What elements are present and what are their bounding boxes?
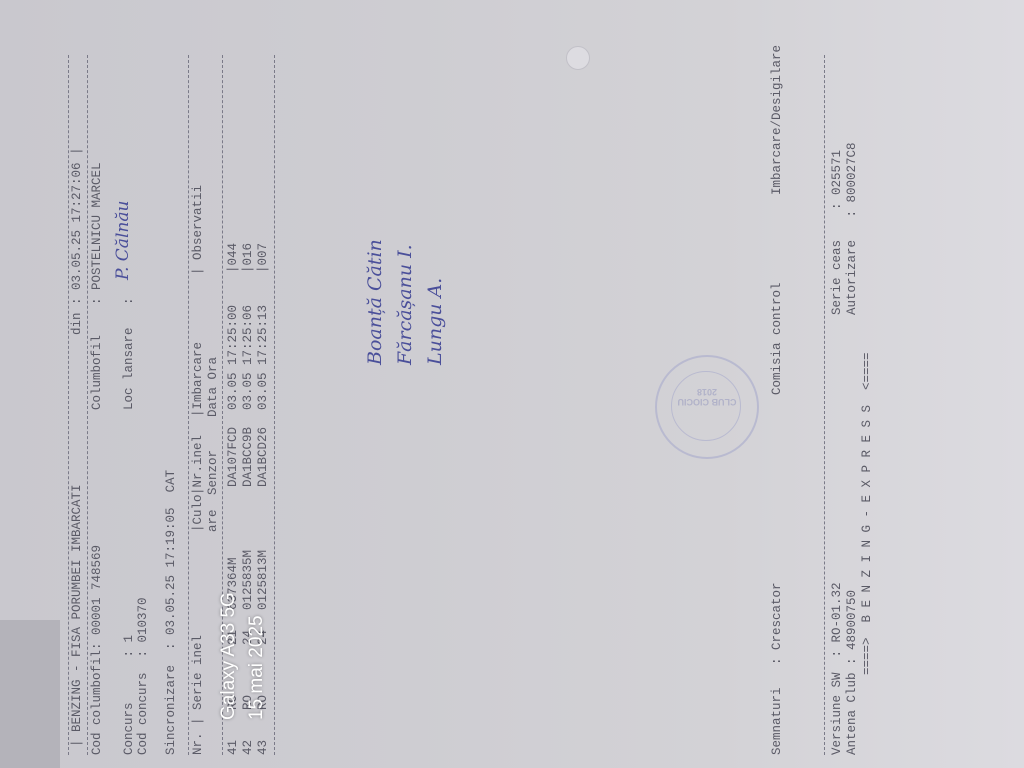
divider <box>68 55 69 755</box>
camera-watermark: Galaxy A33 5G 15 mai 2025 <box>215 592 271 720</box>
doc-date: din : 03.05.25 17:27:06 | <box>70 147 85 335</box>
col-imbarcare: |Imbarcare Data Ora <box>191 322 221 417</box>
cod-columbofil: Cod columbofil: 00001 748569 <box>90 545 105 755</box>
serie-ceas: Serie ceas : 025571 <box>830 150 845 315</box>
col-senzor: |Nr.inel Senzor <box>191 425 221 495</box>
stamp-text: CLUB CIOCIU 2018 <box>677 387 737 407</box>
row-boarding-time: 03.05 17:25:06 <box>241 305 256 410</box>
watermark-date: 15 mai 2025 <box>243 592 271 720</box>
row-sensor: DA1BCD26 <box>256 427 271 487</box>
row-observation: |044 <box>226 243 241 273</box>
loc-lansare: Loc lansare : <box>122 290 137 410</box>
row-observation: |007 <box>256 243 271 273</box>
signatures-label: Semnaturi : Crescator <box>770 582 785 755</box>
watermark-device: Galaxy A33 5G <box>215 592 243 720</box>
paper-edge <box>0 620 60 768</box>
col-observatii: | Observatii <box>191 185 206 275</box>
autorizare: Autorizare : 800027C8 <box>845 142 860 315</box>
col-culoare: |Culo are <box>191 492 221 532</box>
row-sensor: DA1BCC9B <box>241 427 256 487</box>
table-bottom-border <box>274 55 275 755</box>
signature-imbarcare: Imbarcare/Desigilare <box>770 45 785 195</box>
antena-club: Antena Club : 48900750 <box>845 590 860 755</box>
brand-line: ====> B E N Z I N G - E X P R E S S <===… <box>860 352 875 675</box>
divider <box>87 55 88 755</box>
row-nr: 42 <box>241 740 256 755</box>
col-serie-inel: | Serie inel <box>191 635 206 725</box>
row-observation: |016 <box>241 243 256 273</box>
columbofil: Columbofil : POSTELNICU MARCEL <box>90 162 105 410</box>
pigeon-boarding-sheet: | BENZING - FISA PORUMBEI IMBARCATI din … <box>60 55 960 755</box>
sincronizare: Sincronizare : 03.05.25 17:19:05 CAT <box>164 470 179 755</box>
versiune-sw: Versiune SW : RO-01.32 <box>830 582 845 755</box>
row-nr: 41 <box>226 740 241 755</box>
doc-title: | BENZING - FISA PORUMBEI IMBARCATI <box>70 484 85 747</box>
row-nr: 43 <box>256 740 271 755</box>
club-stamp: CLUB CIOCIU 2018 <box>655 355 759 459</box>
row-sensor: DA107FCD <box>226 427 241 487</box>
concurs: Concurs : 1 <box>122 635 137 755</box>
table-top-border <box>188 55 189 755</box>
row-boarding-time: 03.05 17:25:00 <box>226 305 241 410</box>
divider <box>824 55 825 755</box>
loc-lansare-handwritten: P. Călnău <box>116 201 131 280</box>
cod-concurs: Cod concurs : 010370 <box>136 597 151 755</box>
col-nr: Nr. <box>191 732 206 755</box>
signature-comisia: Comisia control <box>770 282 785 395</box>
handwritten-commission-names: Boanță CătinFărcășanu I.Lungu A. <box>360 239 450 365</box>
row-boarding-time: 03.05 17:25:13 <box>256 305 271 410</box>
